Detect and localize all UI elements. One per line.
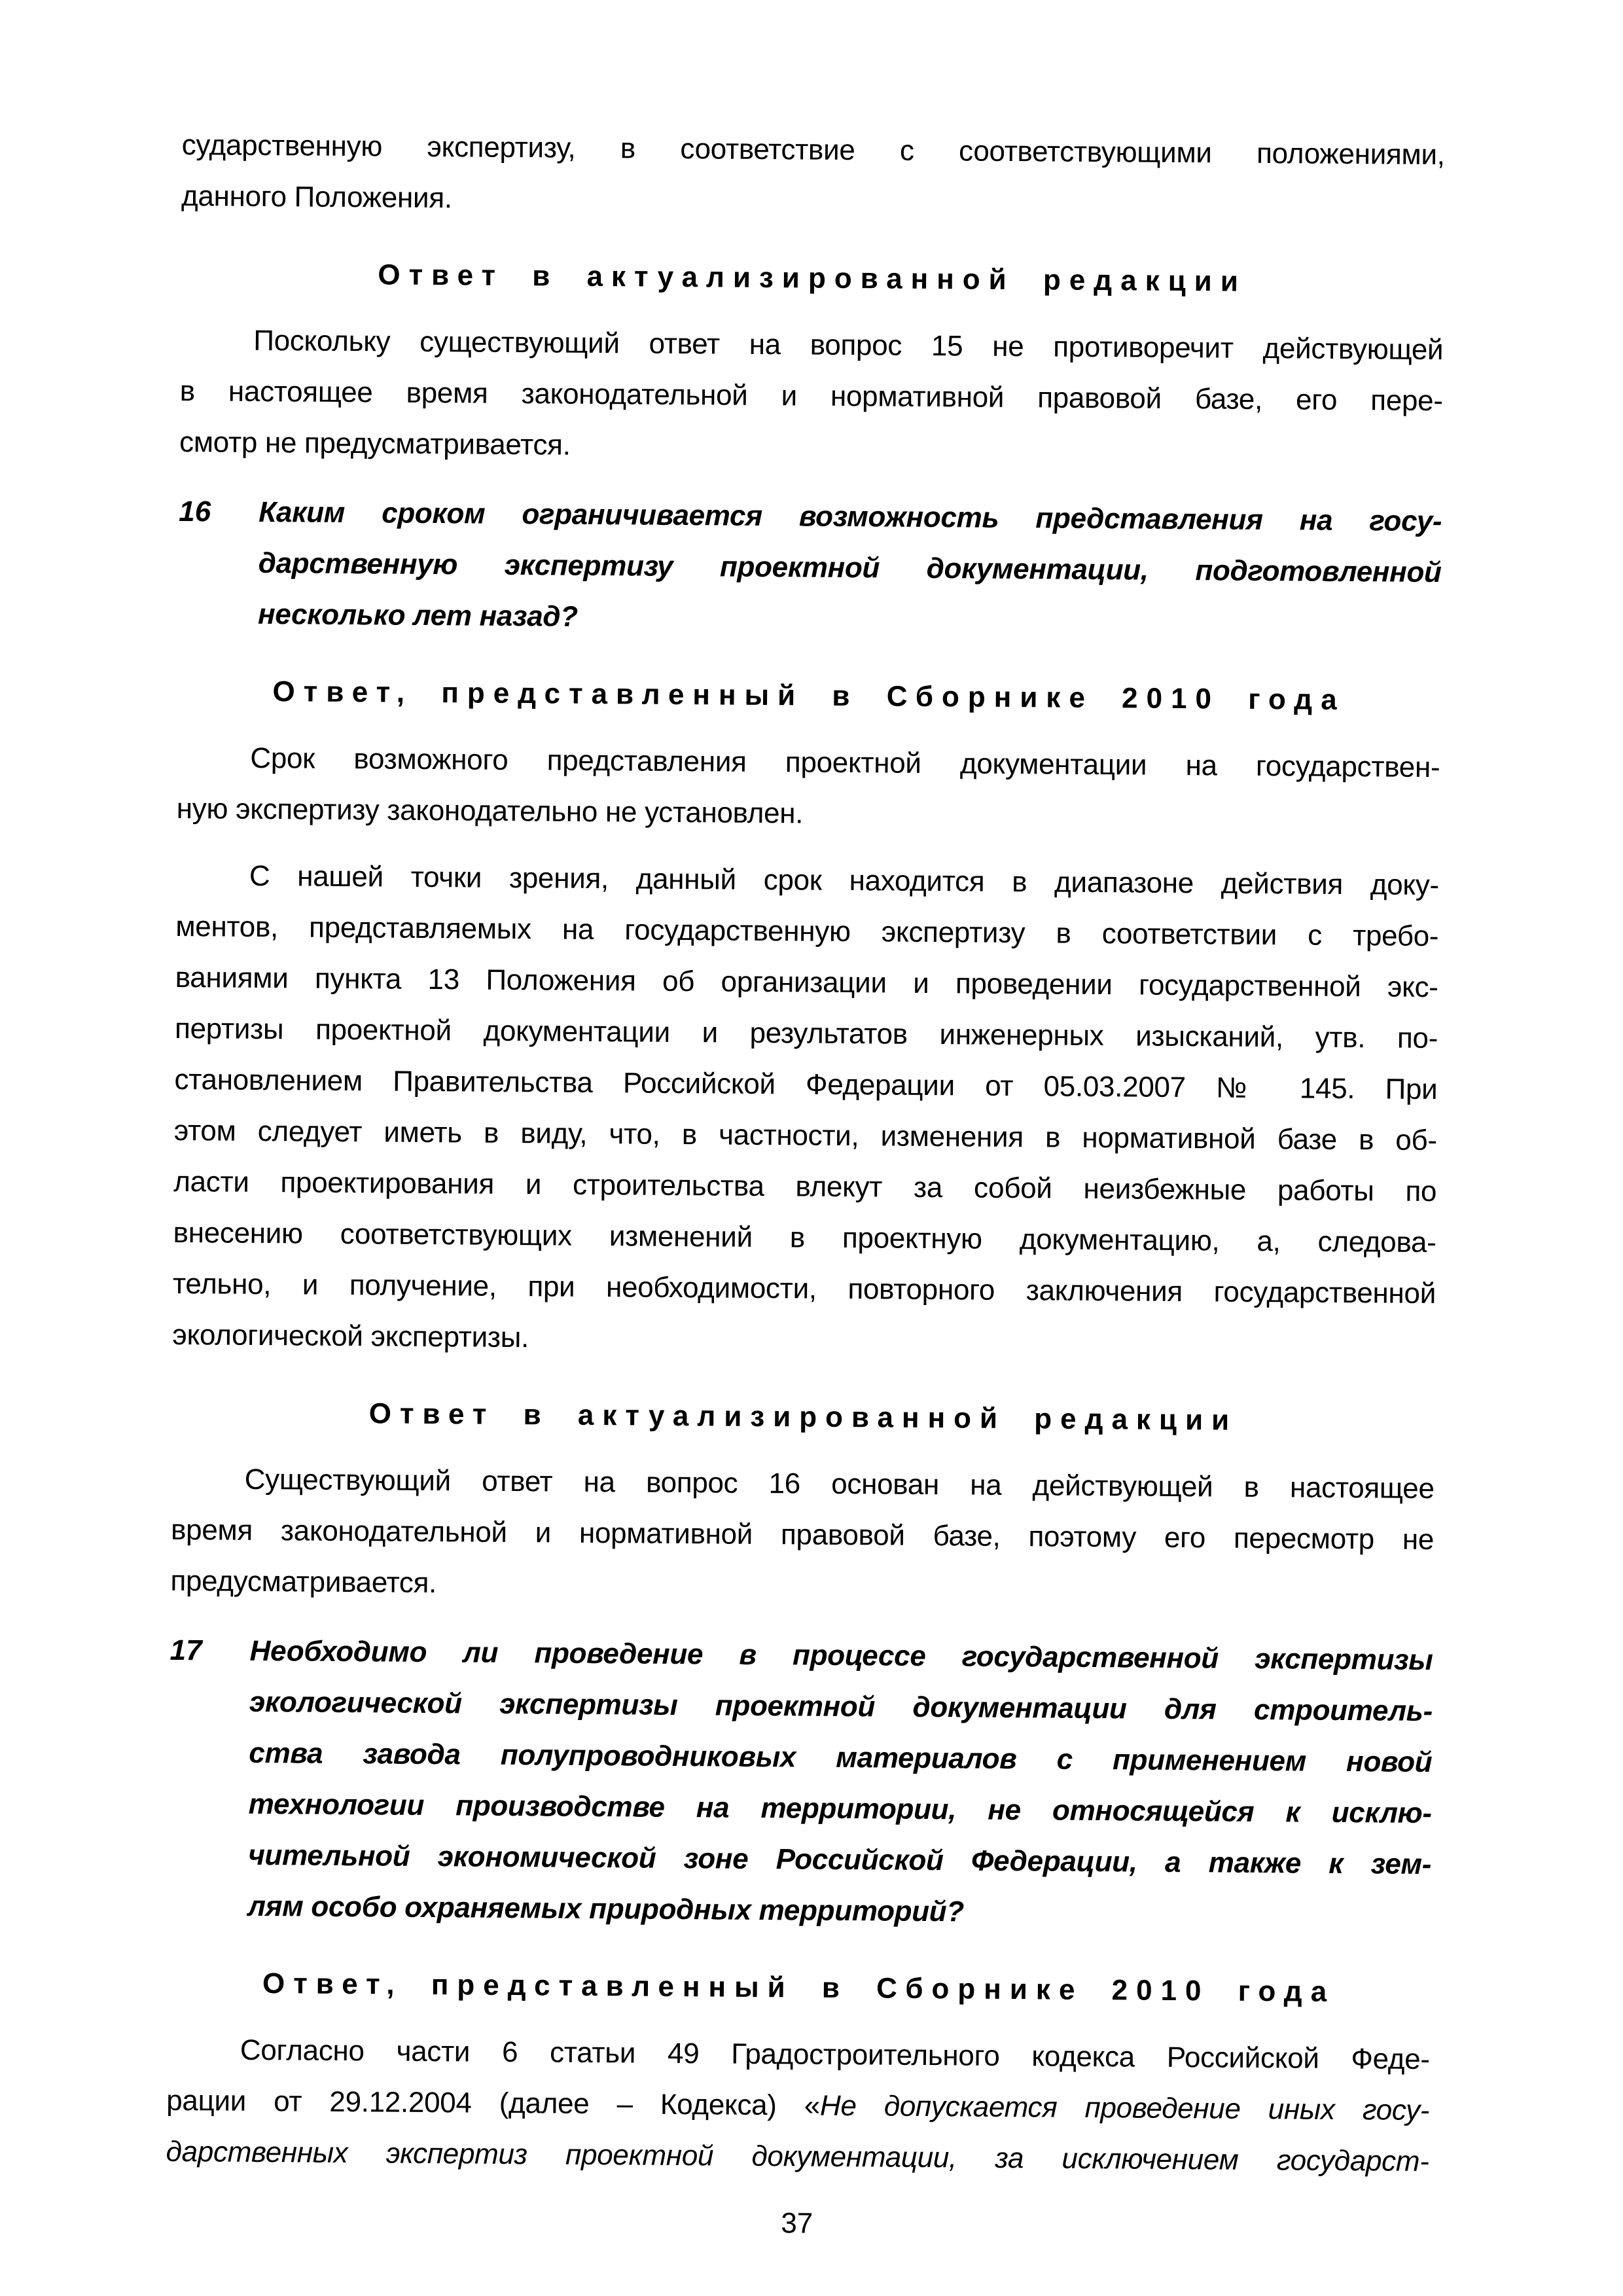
quoted-italic-text: дарственных экспертиз проектной документ… bbox=[166, 2136, 1429, 2178]
text-line: несколько лет назад? bbox=[258, 589, 1442, 649]
paragraph-term-not-established: Срок возможного представления проектной … bbox=[176, 732, 1440, 844]
heading-answer-2010-question-16: Ответ, представленный в Сборнике 2010 го… bbox=[177, 666, 1441, 726]
text-line: внесению соответствующих изменений в про… bbox=[173, 1208, 1436, 1268]
quoted-italic-text: Не допускается проведение иных госу- bbox=[820, 2090, 1430, 2126]
text-line: становлением Правительства Российской Фе… bbox=[174, 1054, 1438, 1115]
question-17-number: 17 bbox=[168, 1625, 250, 1932]
heading-updated-answer-16: Ответ в актуализированной редакции bbox=[171, 1387, 1435, 1448]
text-line: ментов, представляемых на государственну… bbox=[175, 901, 1439, 962]
page-content: сударственную экспертизу, в соответствие… bbox=[166, 120, 1445, 2254]
question-16: 16 Каким сроком ограничивается возможнос… bbox=[178, 486, 1442, 649]
question-17-text: Необходимо ли проведение в процессе госу… bbox=[247, 1626, 1433, 1941]
text-line: в настоящее время законодательной и норм… bbox=[179, 366, 1443, 427]
text-line: экологической экспертизы. bbox=[172, 1310, 1436, 1371]
text-line: Необходимо ли проведение в процессе госу… bbox=[249, 1626, 1433, 1686]
text-line: рации от 29.12.2004 (далее – Кодекса) «Н… bbox=[166, 2075, 1430, 2136]
question-16-text: Каким сроком ограничивается возможность … bbox=[258, 487, 1442, 649]
text-line: Существующий ответ на вопрос 16 основан … bbox=[171, 1454, 1435, 1515]
text-line: время законодательной и нормативной прав… bbox=[171, 1505, 1435, 1566]
text-line: ную экспертизу законодательно не установ… bbox=[176, 783, 1440, 844]
text-line: ства завода полупроводниковых материалов… bbox=[249, 1728, 1433, 1788]
page-number: 37 bbox=[166, 2193, 1429, 2254]
paragraph-answer-15-review: Поскольку существующий ответ на вопрос 1… bbox=[179, 315, 1444, 478]
text-line: Поскольку существующий ответ на вопрос 1… bbox=[180, 315, 1444, 376]
text-line: данного Положения. bbox=[181, 171, 1445, 232]
heading-answer-2010-question-17: Ответ, представленный в Сборнике 2010 го… bbox=[167, 1958, 1431, 2018]
question-16-number: 16 bbox=[178, 486, 259, 640]
text-line: Согласно части 6 статьи 49 Градостроител… bbox=[167, 2024, 1431, 2085]
text-line: дарственных экспертиз проектной документ… bbox=[166, 2126, 1429, 2187]
paragraph-continued-from-previous-page: сударственную экспертизу, в соответствие… bbox=[181, 120, 1445, 232]
text-line: дарственную экспертизу проектной докумен… bbox=[258, 538, 1442, 598]
text-line: этом следует иметь в виду, что, в частно… bbox=[174, 1105, 1438, 1166]
paragraph-term-range-explanation: С нашей точки зрения, данный срок находи… bbox=[172, 850, 1439, 1371]
text-line: ваниями пункта 13 Положения об организац… bbox=[175, 952, 1438, 1013]
text-line: лям особо охраняемых природных территори… bbox=[247, 1881, 1431, 1941]
text-line: сударственную экспертизу, в соответствие… bbox=[181, 120, 1445, 181]
question-17: 17 Необходимо ли проведение в процессе г… bbox=[168, 1625, 1433, 1941]
heading-updated-answer-15: Ответ в актуализированной редакции bbox=[181, 248, 1444, 309]
text-line: смотр не предусматривается. bbox=[179, 417, 1443, 478]
document-page: сударственную экспертизу, в соответствие… bbox=[0, 0, 1623, 2296]
text-line: пертизы проектной документации и результ… bbox=[175, 1003, 1438, 1064]
paragraph-urban-code-quote: Согласно части 6 статьи 49 Градостроител… bbox=[166, 2024, 1430, 2187]
text-line: Каким сроком ограничивается возможность … bbox=[259, 487, 1442, 547]
text-line: технологии производстве на территории, н… bbox=[248, 1779, 1432, 1839]
text-line: ласти проектирования и строительства вле… bbox=[173, 1157, 1437, 1217]
text-line: Срок возможного представления проектной … bbox=[177, 732, 1440, 793]
text-line: С нашей точки зрения, данный срок находи… bbox=[176, 850, 1440, 911]
text-line: экологической экспертизы проектной докум… bbox=[249, 1677, 1433, 1737]
plain-text: рации от 29.12.2004 (далее – Кодекса) « bbox=[166, 2085, 820, 2122]
text-line: чительной экономической зоне Российской … bbox=[248, 1830, 1432, 1890]
text-line: предусматривается. bbox=[170, 1556, 1434, 1617]
paragraph-answer-16-review: Существующий ответ на вопрос 16 основан … bbox=[170, 1454, 1435, 1617]
text-line: тельно, и получение, при необходимости, … bbox=[173, 1259, 1436, 1319]
